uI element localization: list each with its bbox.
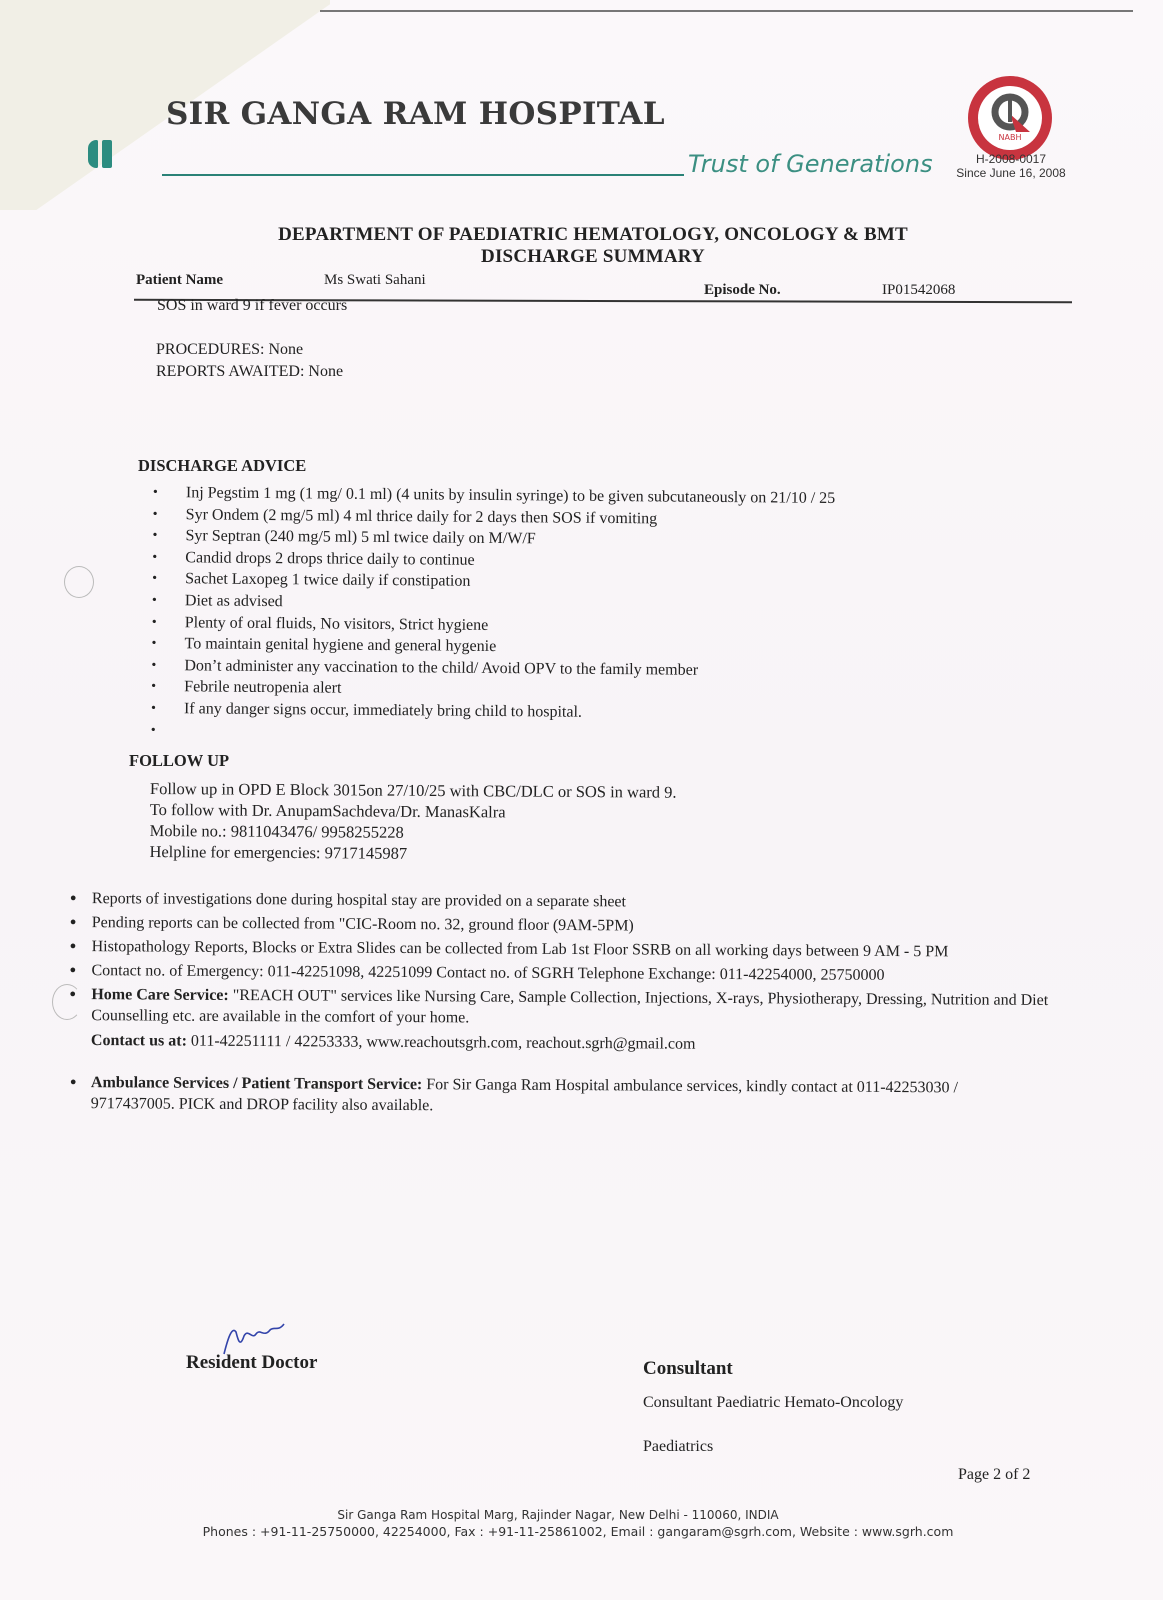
header-divider bbox=[162, 174, 684, 176]
resident-doctor-label: Resident Doctor bbox=[186, 1352, 317, 1374]
hospital-info-list: Reports of investigations done during ho… bbox=[69, 888, 1090, 1035]
hospital-logo-icon bbox=[88, 140, 118, 170]
hospital-tagline: Trust of Generations bbox=[688, 150, 933, 178]
info-item: Reports of investigations done during ho… bbox=[70, 888, 1090, 915]
episode-number: IP01542068 bbox=[882, 282, 955, 299]
info-item: Histopathology Reports, Blocks or Extra … bbox=[70, 936, 1090, 963]
document-page: SIR GANGA RAM HOSPITAL Trust of Generati… bbox=[0, 0, 1163, 1600]
punch-hole bbox=[64, 566, 94, 598]
accreditation-since: Since June 16, 2008 bbox=[946, 166, 1076, 180]
hospital-name: SIR GANGA RAM HOSPITAL bbox=[166, 96, 665, 132]
info-item-text: Contact no. of Emergency: 011-42251098, … bbox=[91, 962, 884, 984]
consultant-label: Consultant bbox=[643, 1358, 733, 1380]
sos-note: SOS in ward 9 if fever occurs bbox=[157, 297, 347, 315]
reach-out-contact: Contact us at: 011-42251111 / 42253333, … bbox=[91, 1032, 696, 1054]
follow-up-details: Follow up in OPD E Block 3015on 27/10/25… bbox=[149, 778, 676, 866]
ambulance-label: Ambulance Services / Patient Transport S… bbox=[91, 1074, 422, 1093]
procedures: PROCEDURES: None bbox=[156, 341, 303, 359]
footer-address: Sir Ganga Ram Hospital Marg, Rajinder Na… bbox=[0, 1508, 1116, 1522]
discharge-advice-heading: DISCHARGE ADVICE bbox=[138, 456, 306, 476]
footer-contacts: Phones : +91-11-25750000, 42254000, Fax … bbox=[20, 1524, 1136, 1539]
info-item-text: Reports of investigations done during ho… bbox=[92, 890, 626, 910]
advice-item bbox=[151, 720, 833, 748]
accreditation-code: H-2008-0017 bbox=[946, 152, 1076, 166]
nabh-seal-icon: NABH bbox=[966, 74, 1054, 162]
consultant-title: Consultant Paediatric Hemato-Oncology bbox=[643, 1394, 903, 1412]
scan-edge-line bbox=[320, 10, 1133, 12]
follow-up-heading: FOLLOW UP bbox=[129, 751, 229, 771]
punch-hole bbox=[52, 984, 82, 1020]
reports-awaited: REPORTS AWAITED: None bbox=[156, 363, 343, 381]
document-title: DISCHARGE SUMMARY bbox=[0, 246, 1163, 268]
department-title: DEPARTMENT OF PAEDIATRIC HEMATOLOGY, ONC… bbox=[0, 224, 1163, 246]
contact-label: Contact us at: bbox=[91, 1032, 187, 1050]
ambulance-service: ● Ambulance Services / Patient Transport… bbox=[70, 1072, 1011, 1120]
info-item-text: "REACH OUT" services like Nursing Care, … bbox=[91, 987, 1048, 1026]
info-item-text: Pending reports can be collected from "C… bbox=[92, 914, 634, 934]
patient-name: Ms Swati Sahani bbox=[324, 272, 426, 289]
follow-up-line: Helpline for emergencies: 9717145987 bbox=[149, 841, 676, 866]
accreditation-info: H-2008-0017 Since June 16, 2008 bbox=[946, 152, 1076, 180]
info-item: Contact no. of Emergency: 011-42251098, … bbox=[69, 960, 1089, 987]
page-number: Page 2 of 2 bbox=[958, 1466, 1030, 1484]
discharge-advice-list: Inj Pegstim 1 mg (1 mg/ 0.1 ml) (4 units… bbox=[151, 482, 836, 747]
bullet-icon: ● bbox=[70, 1072, 77, 1093]
info-item: Pending reports can be collected from "C… bbox=[70, 912, 1090, 939]
svg-text:NABH: NABH bbox=[999, 133, 1022, 142]
info-item-label: Home Care Service: bbox=[91, 986, 229, 1004]
info-item-text: Histopathology Reports, Blocks or Extra … bbox=[92, 938, 949, 960]
contact-details: 011-42251111 / 42253333, www.reachoutsgr… bbox=[187, 1033, 696, 1053]
episode-label: Episode No. bbox=[704, 282, 781, 299]
info-item: Home Care Service: "REACH OUT" services … bbox=[69, 984, 1089, 1032]
patient-name-label: Patient Name bbox=[136, 272, 223, 289]
consultant-department: Paediatrics bbox=[643, 1438, 713, 1456]
